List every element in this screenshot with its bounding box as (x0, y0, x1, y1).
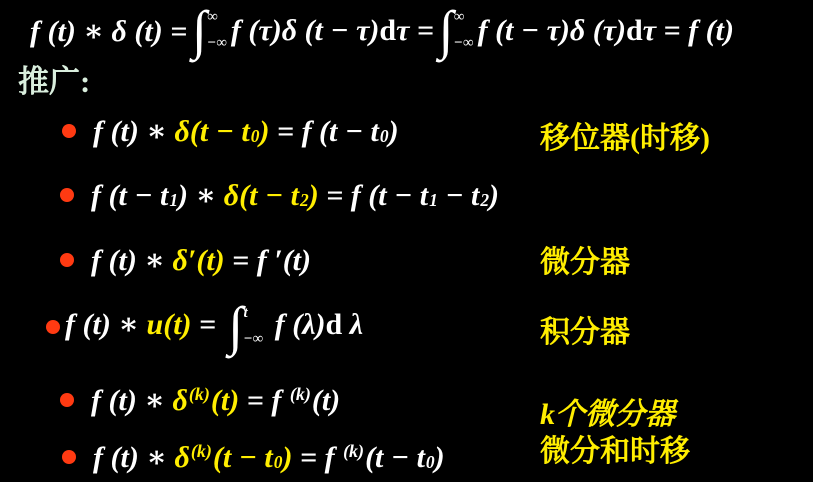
bullet-icon (60, 253, 74, 267)
bullet-icon (60, 393, 74, 407)
integral-sign: ∫∞−∞ (191, 8, 227, 54)
row-derivative: f (t) ∗ δ′(t) = f ′(t) (60, 233, 311, 287)
bullet-icon (46, 320, 60, 334)
label-diff-and-time-shift: 微分和时移 (540, 426, 690, 470)
formula-time-shift: f (t) ∗ δ(t − t0) = f (t − t0) (93, 114, 399, 149)
formula-two-shifts: f (t − t1) ∗ δ(t − t2) = f (t − t1 − t2) (91, 178, 499, 213)
integral-sign: ∫t−∞ (228, 304, 264, 350)
generalization-heading: 推广: (18, 56, 90, 101)
row-two-shifts: f (t − t1) ∗ δ(t − t2) = f (t − t1 − t2) (60, 168, 499, 222)
row-integral: f (t) ∗ u(t) = ∫t−∞ f (λ)d λ (46, 296, 363, 358)
integral-sign: ∫∞−∞ (438, 8, 474, 54)
formula-derivative: f (t) ∗ δ′(t) = f ′(t) (91, 243, 311, 278)
formula-integral: f (t) ∗ u(t) = ∫t−∞ f (λ)d λ (65, 304, 363, 350)
row-kth-derivative: f (t) ∗ δ(k)(t) = f (k)(t) (60, 373, 340, 427)
label-time-shifter: 移位器(时移) (540, 113, 710, 157)
bullet-icon (62, 450, 76, 464)
row-time-shift: f (t) ∗ δ(t − t0) = f (t − t0) (62, 104, 399, 158)
convolution-identity-formula: f (t) ∗ δ (t) = ∫∞−∞ f (τ)δ (t − τ)d τ =… (30, 5, 734, 57)
formula-kth-derivative-shift: f (t) ∗ δ(k)(t − t0) = f (k)(t − t0) (93, 440, 445, 475)
bullet-icon (60, 188, 74, 202)
bullet-icon (62, 124, 76, 138)
label-differentiator: 微分器 (540, 237, 630, 281)
row-kth-derivative-shift: f (t) ∗ δ(k)(t − t0) = f (k)(t − t0) (62, 432, 445, 482)
slide: f (t) ∗ δ (t) = ∫∞−∞ f (τ)δ (t − τ)d τ =… (0, 0, 813, 482)
formula-kth-derivative: f (t) ∗ δ(k)(t) = f (k)(t) (91, 383, 340, 418)
label-integrator: 积分器 (540, 307, 630, 351)
